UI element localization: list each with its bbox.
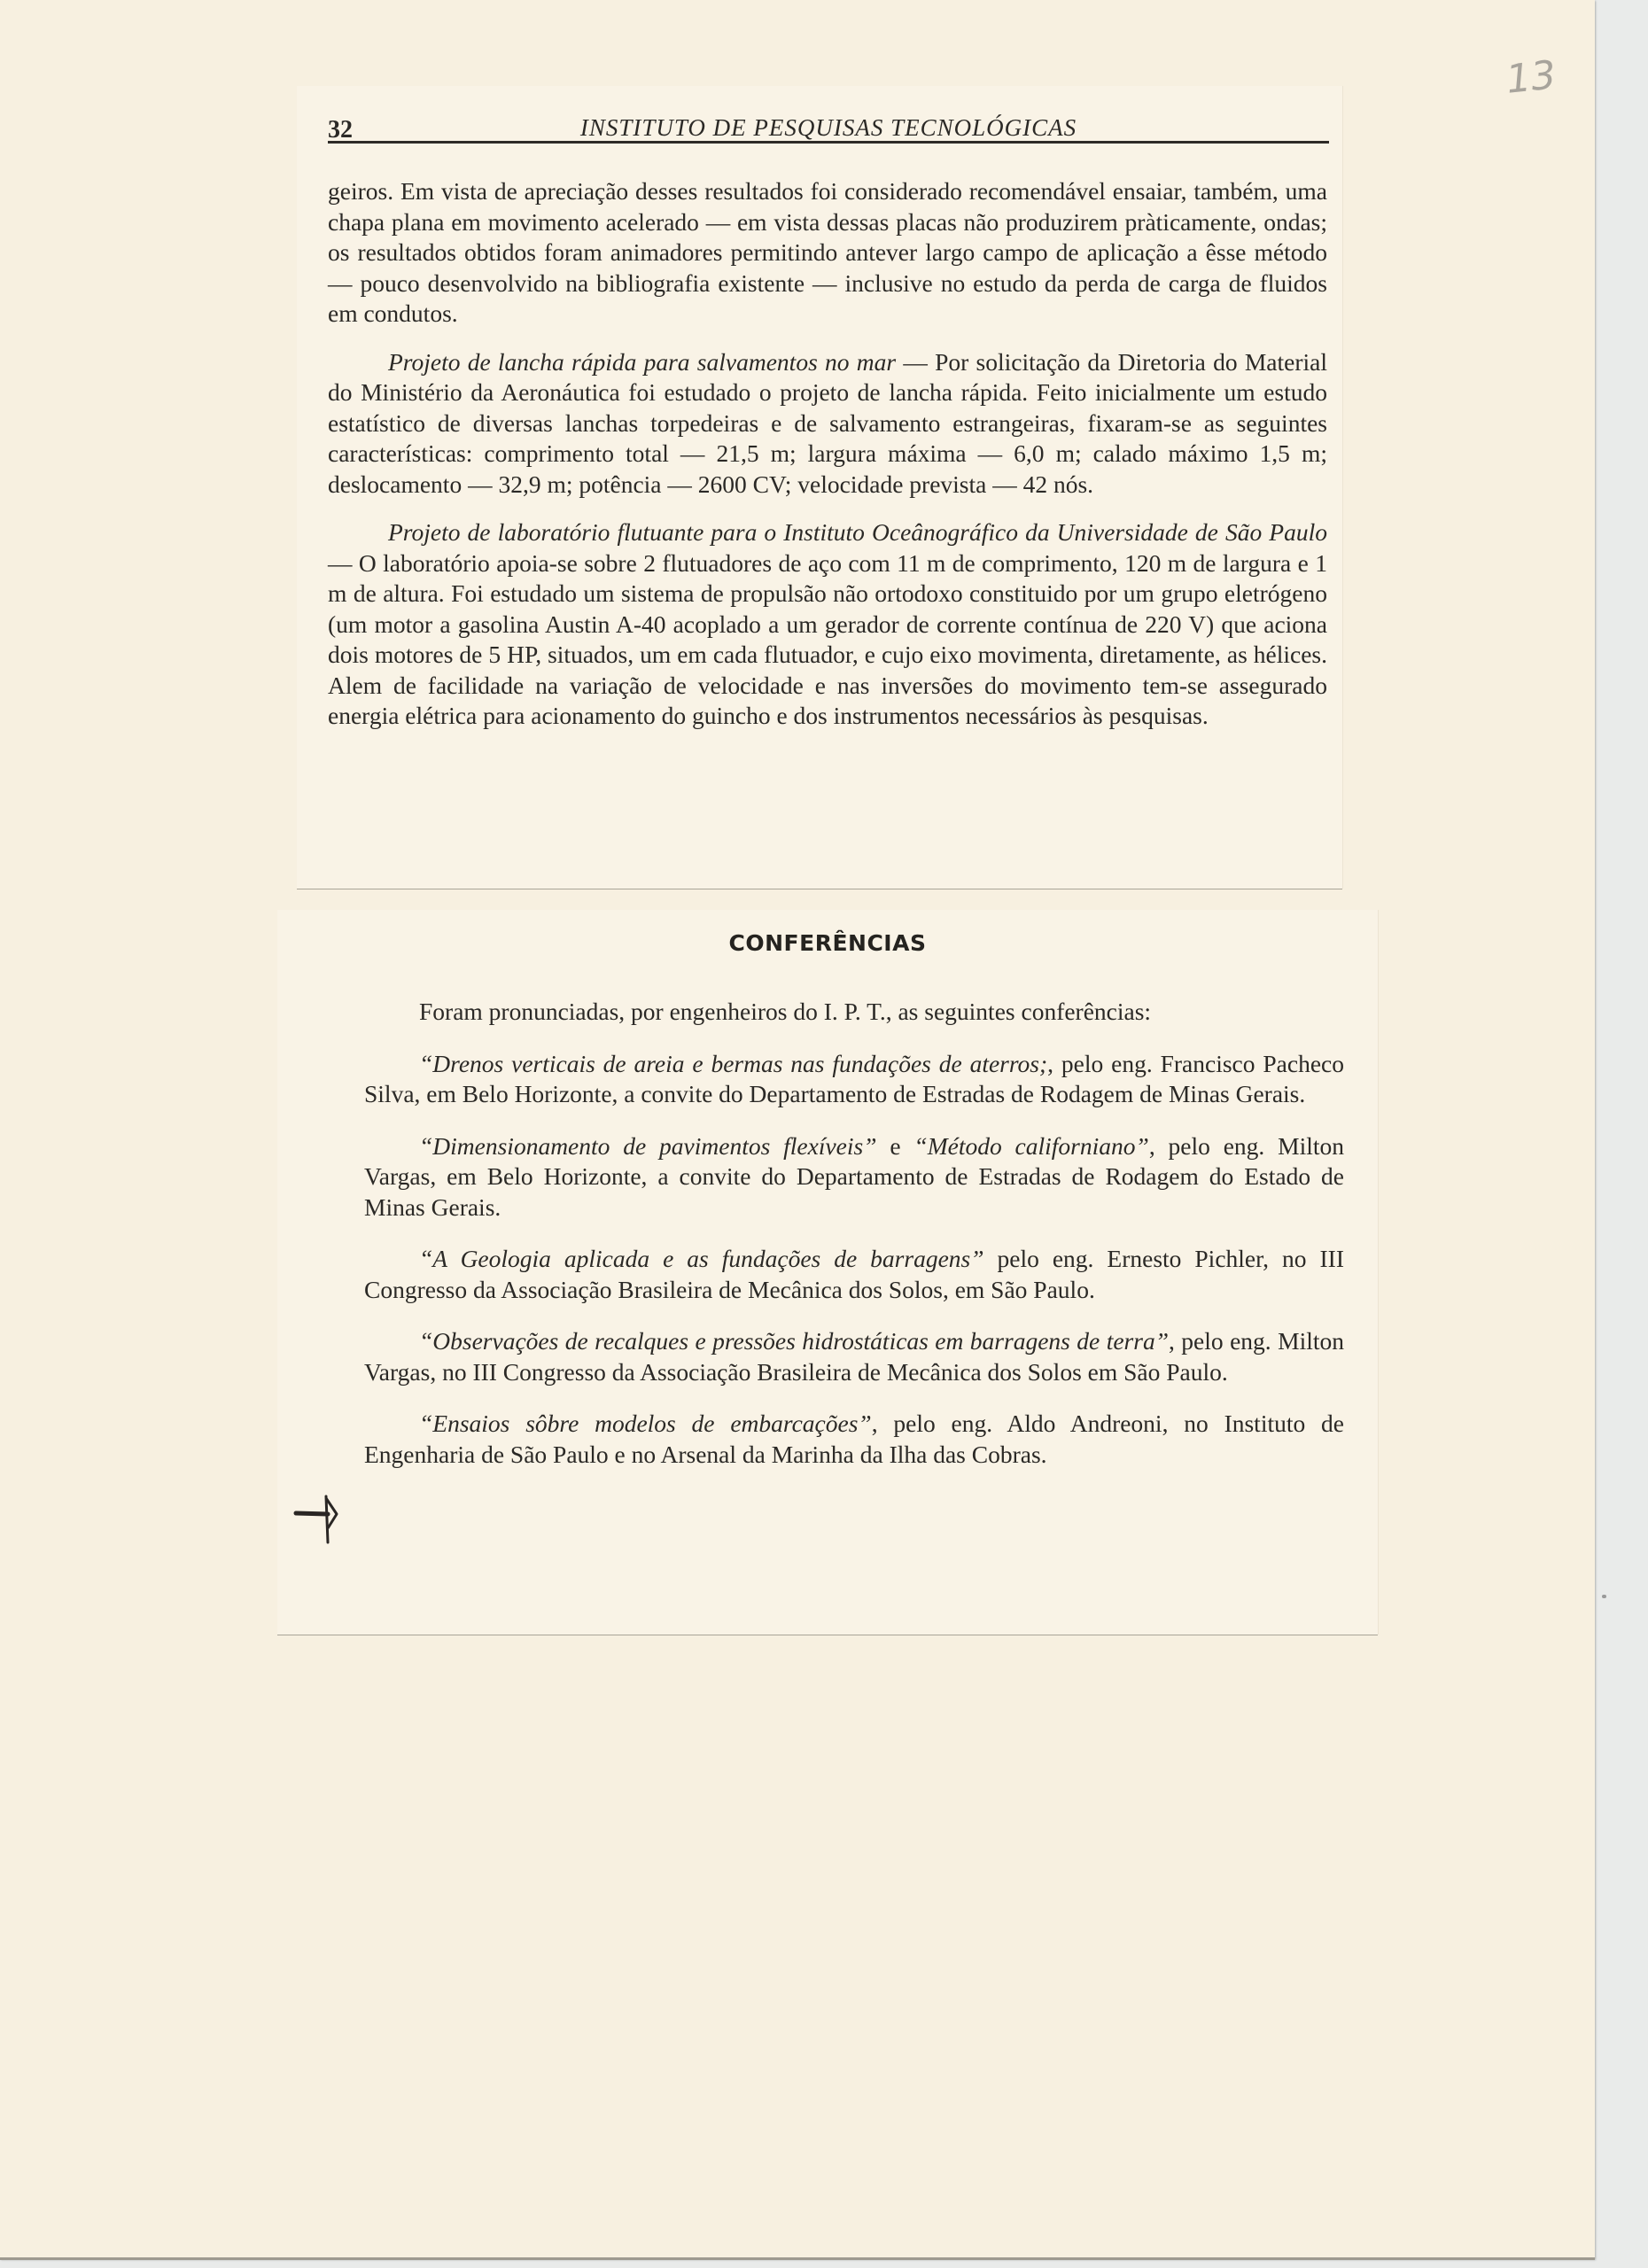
handwritten-folio-number: 13 <box>1504 52 1558 103</box>
lecture-title: “Drenos verticais de areia e bermas nas … <box>419 1050 1047 1077</box>
lecture-title: “Observações de recalques e pressões hid… <box>419 1327 1169 1355</box>
paragraph-text: — O laboratório apoia-se sobre 2 flutuad… <box>328 549 1327 730</box>
lecture-item: “Dimensionamento de pavimentos flexíveis… <box>364 1131 1344 1223</box>
intro-paragraph: Foram pronunciadas, por engenheiros do I… <box>364 997 1344 1028</box>
lecture-item: “Observações de recalques e pressões hid… <box>364 1326 1344 1387</box>
article-body: geiros. Em vista de apreciação desses re… <box>328 176 1327 750</box>
conferencias-body: Foram pronunciadas, por engenheiros do I… <box>364 997 1344 1491</box>
paragraph-title: Projeto de lancha rápida para salvamento… <box>388 348 896 376</box>
header-rule <box>328 141 1329 144</box>
journal-title: INSTITUTO DE PESQUISAS TECNOLÓGICAS <box>328 114 1329 142</box>
lecture-title: “Dimensionamento de pavimentos flexíveis… <box>419 1132 877 1160</box>
paragraph-title: Projeto de laboratório flutuante para o … <box>388 518 1327 546</box>
paragraph-laboratorio-flutuante: Projeto de laboratório flutuante para o … <box>328 517 1327 732</box>
lecture-conjunction: e <box>877 1132 914 1160</box>
handwritten-arrow-icon <box>292 1493 363 1546</box>
document-page: 13 32 INSTITUTO DE PESQUISAS TECNOLÓGICA… <box>0 0 1595 2259</box>
paragraph-text: geiros. Em vista de apreciação desses re… <box>328 177 1327 327</box>
lecture-title-2: “Método californiano” <box>913 1132 1148 1160</box>
scan-speck <box>1602 1595 1606 1598</box>
lecture-item: “Drenos verticais de areia e bermas nas … <box>364 1049 1344 1110</box>
paragraph-lancha-rapida: Projeto de lancha rápida para salvamento… <box>328 347 1327 501</box>
lecture-item-marked: “Ensaios sôbre modelos de embarcações”, … <box>364 1409 1344 1470</box>
section-title: CONFERÊNCIAS <box>277 930 1378 956</box>
clipping-research-projects: 32 INSTITUTO DE PESQUISAS TECNOLÓGICAS g… <box>297 86 1342 889</box>
lecture-title: “A Geologia aplicada e as fundações de b… <box>419 1245 984 1272</box>
paragraph-continuation: geiros. Em vista de apreciação desses re… <box>328 176 1327 330</box>
clipping-conferencias: CONFERÊNCIAS Foram pronunciadas, por eng… <box>277 910 1378 1635</box>
sheet-edge <box>0 2257 1595 2260</box>
lecture-title: “Ensaios sôbre modelos de embarcações” <box>419 1410 872 1437</box>
lecture-item: “A Geologia aplicada e as fundações de b… <box>364 1244 1344 1305</box>
